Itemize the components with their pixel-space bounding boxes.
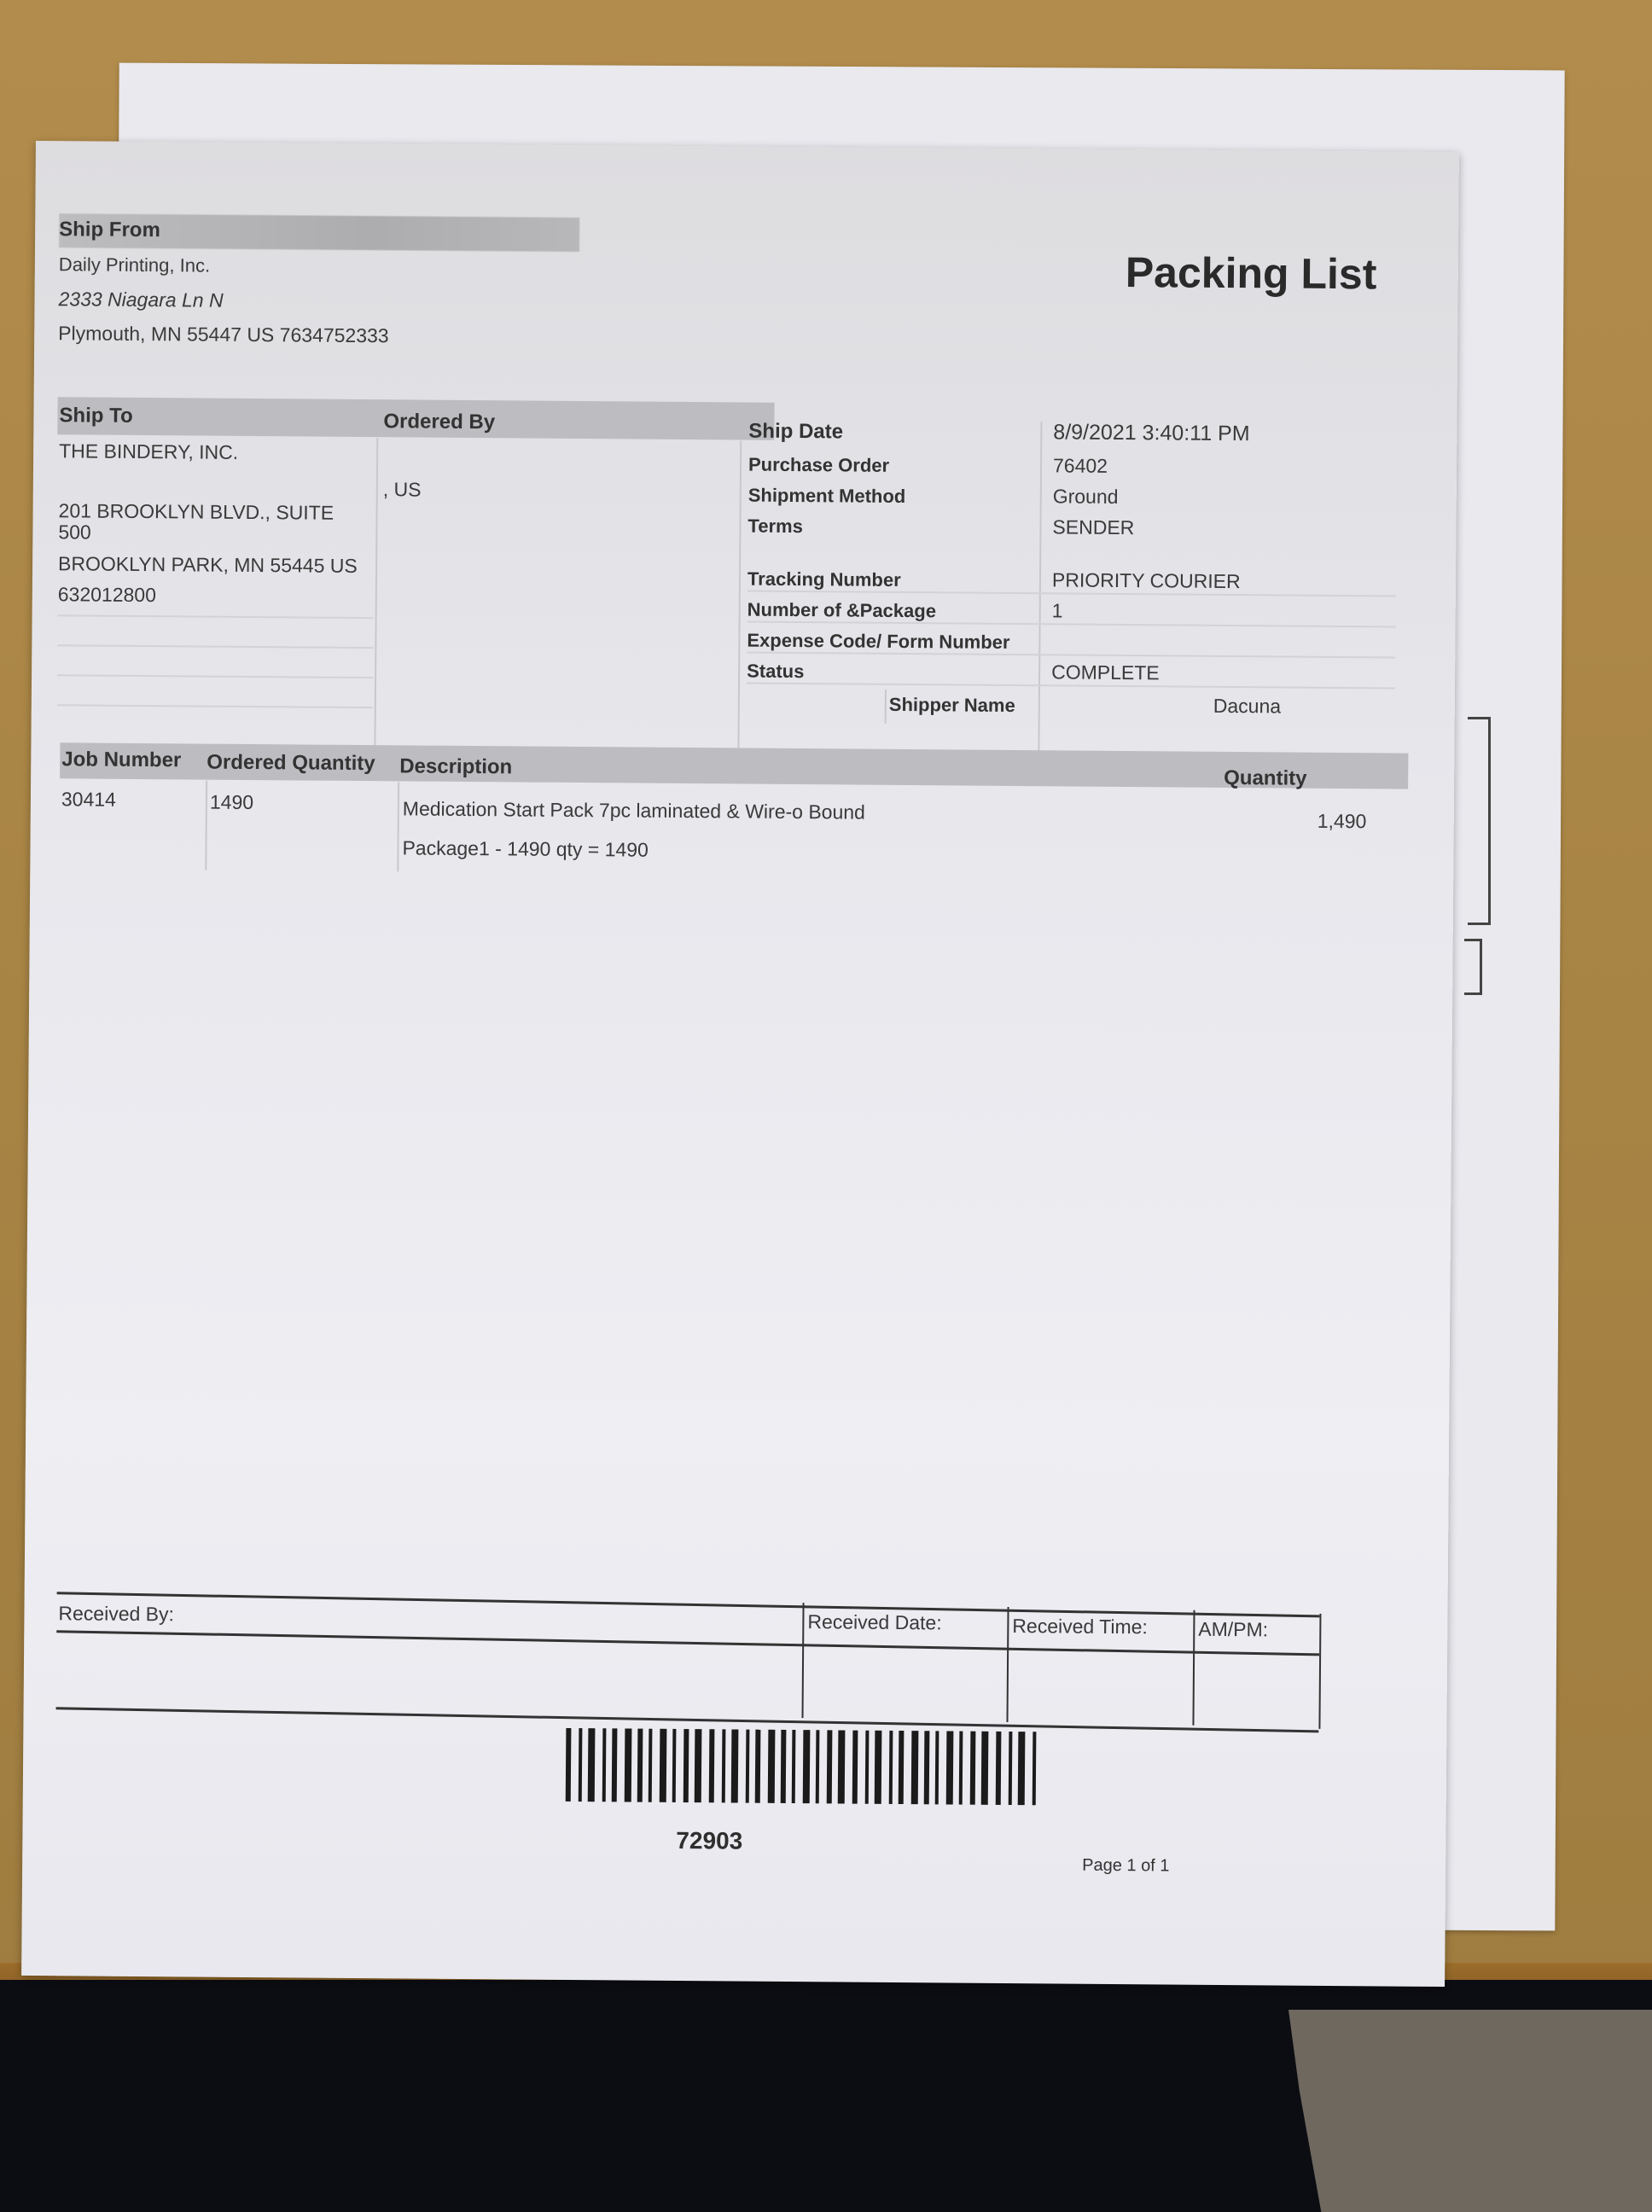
detail-value-ship-date: 8/9/2021 3:40:11 PM (1053, 420, 1249, 446)
receipt-divider (802, 1603, 805, 1718)
detail-label-purchase-order: Purchase Order (748, 454, 889, 477)
detail-label-status: Status (747, 661, 804, 684)
row-rule (57, 674, 373, 678)
ampm-label: AM/PM: (1198, 1618, 1268, 1642)
detail-value-status: COMPLETE (1051, 661, 1160, 684)
ship-from-label: Ship From (59, 218, 160, 242)
back-sheet-box (1464, 939, 1482, 995)
column-header-quantity: Quantity (1224, 766, 1307, 791)
row-rule (747, 621, 1396, 628)
ship-to-city: BROOKLYN PARK, MN 55445 US (58, 552, 358, 578)
cell-description: Medication Start Pack 7pc laminated & Wi… (403, 797, 865, 824)
cell-package-line: Package1 - 1490 qty = 1490 (402, 836, 649, 861)
barcode-number: 72903 (676, 1827, 742, 1855)
ship-to-name: THE BINDERY, INC. (59, 439, 238, 464)
packing-list-sheet: Ship From Daily Printing, Inc. 2333 Niag… (21, 141, 1459, 1987)
detail-value-number-of-package: 1 (1052, 599, 1063, 622)
receipt-divider (1192, 1610, 1195, 1726)
received-date-label: Received Date: (807, 1610, 941, 1634)
ship-to-street: 201 BROOKLYN BLVD., SUITE (58, 499, 334, 525)
column-divider (737, 440, 742, 756)
column-header-ordered-quantity: Ordered Quantity (206, 751, 375, 777)
cell-quantity: 1,490 (1318, 810, 1367, 833)
column-divider (397, 782, 399, 871)
barcode-bars (566, 1728, 1043, 1805)
ship-from-street: 2333 Niagara Ln N (58, 288, 223, 312)
row-rule (57, 704, 373, 708)
back-sheet-box (1468, 717, 1491, 925)
detail-label-ship-date: Ship Date (748, 420, 843, 445)
column-divider (374, 438, 378, 754)
detail-label-shipper-name: Shipper Name (889, 694, 1015, 717)
ship-from-city: Plymouth, MN 55447 US 7634752333 (58, 322, 389, 347)
column-header-description: Description (399, 754, 512, 779)
page-indicator: Page 1 of 1 (1082, 1856, 1169, 1877)
floor-tile (1288, 2010, 1652, 2212)
barcode (566, 1728, 1062, 1809)
detail-label-number-of-package: Number of &Package (747, 599, 936, 623)
row-rule (58, 614, 374, 619)
row-rule (747, 652, 1395, 659)
detail-value-purchase-order: 76402 (1053, 454, 1108, 478)
received-time-label: Received Time: (1012, 1615, 1148, 1639)
receipt-rule (57, 1592, 1320, 1617)
ship-to-label: Ship To (59, 404, 132, 428)
ordered-by-label: Ordered By (383, 410, 495, 434)
detail-label-shipment-method: Shipment Method (748, 485, 906, 508)
ship-from-company: Daily Printing, Inc. (59, 253, 210, 276)
ordered-by-value: , US (383, 478, 422, 501)
detail-value-tracking-number: PRIORITY COURIER (1052, 568, 1241, 593)
receipt-divider (1318, 1614, 1321, 1729)
column-divider (885, 690, 887, 724)
detail-label-expense-code: Expense Code/ Form Number (747, 630, 1009, 654)
column-divider (1038, 422, 1042, 754)
column-header-job-number: Job Number (61, 748, 181, 772)
cell-job-number: 30414 (61, 788, 116, 812)
received-by-label: Received By: (58, 1602, 174, 1626)
detail-label-terms: Terms (747, 515, 803, 538)
detail-value-shipment-method: Ground (1053, 485, 1119, 509)
ship-to-suite: 500 (58, 521, 91, 544)
detail-value-terms: SENDER (1052, 515, 1134, 539)
detail-label-tracking-number: Tracking Number (747, 568, 901, 591)
receipt-divider (1006, 1607, 1009, 1722)
row-rule (57, 644, 373, 649)
page-title: Packing List (1126, 247, 1377, 299)
cell-ordered-quantity: 1490 (210, 791, 253, 814)
column-divider (205, 781, 207, 870)
ship-to-phone: 632012800 (58, 583, 156, 607)
detail-value-shipper-name: Dacuna (1213, 695, 1281, 719)
